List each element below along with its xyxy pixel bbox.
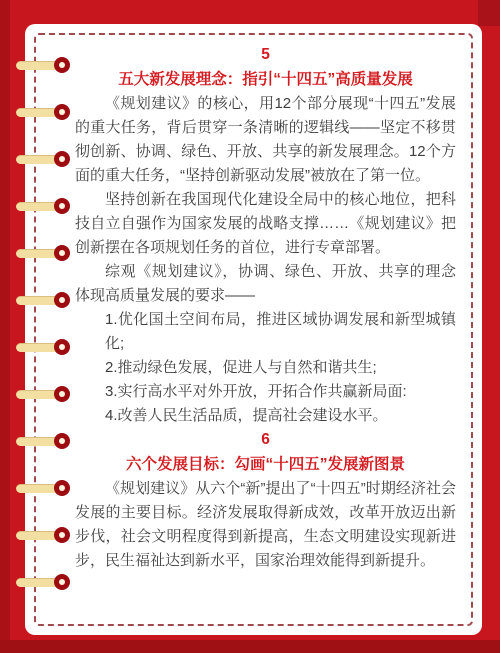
list-item: 1.优化国土空间布局，推进区域协调发展和新型城镇化; bbox=[75, 308, 456, 356]
binder-ring bbox=[0, 103, 80, 121]
ring-hole-icon bbox=[54, 527, 70, 543]
ring-hole-icon bbox=[54, 151, 70, 167]
binder-ring bbox=[0, 197, 80, 215]
list-item: 2.推动绿色发展，促进人与自然和谐共生; bbox=[75, 356, 456, 380]
ring-hole-icon bbox=[54, 104, 70, 120]
binding-rail bbox=[0, 0, 80, 653]
paragraph: 坚持创新在我国现代化建设全局中的核心地位，把科技自立自强作为国家发展的战略支撑…… bbox=[75, 188, 456, 260]
list-item: 4.改善人民生活品质，提高社会建设水平。 bbox=[75, 404, 456, 428]
ring-hole-icon bbox=[54, 480, 70, 496]
frame-corner-shade bbox=[478, 0, 500, 26]
ring-hole-icon bbox=[54, 198, 70, 214]
notebook-page: 5 五大新发展理念：指引“十四五”高质量发展 《规划建议》的核心，用12个部分展… bbox=[25, 24, 482, 635]
binder-ring bbox=[0, 244, 80, 262]
page-content: 5 五大新发展理念：指引“十四五”高质量发展 《规划建议》的核心，用12个部分展… bbox=[75, 43, 456, 573]
binder-ring bbox=[0, 150, 80, 168]
ring-hole-icon bbox=[54, 245, 70, 261]
ring-hole-icon bbox=[54, 339, 70, 355]
ring-hole-icon bbox=[54, 433, 70, 449]
ring-hole-icon bbox=[54, 292, 70, 308]
binder-ring bbox=[0, 573, 80, 591]
paragraph: 《规划建议》从六个“新”提出了“十四五”时期经济社会发展的主要目标。经济发展取得… bbox=[75, 477, 456, 573]
list-item: 3.实行高水平对外开放，开拓合作共赢新局面: bbox=[75, 380, 456, 404]
binder-ring bbox=[0, 56, 80, 74]
section-heading-six-goals: 六个发展目标：勾画“十四五”发展新图景 bbox=[75, 452, 456, 477]
binder-ring bbox=[0, 385, 80, 403]
ring-hole-icon bbox=[54, 386, 70, 402]
paragraph: 《规划建议》的核心，用12个部分展现“十四五”发展的重大任务，背后贯穿一条清晰的… bbox=[75, 92, 456, 188]
section-number-6: 6 bbox=[75, 428, 456, 452]
section-number-5: 5 bbox=[75, 43, 456, 67]
section-heading-five-concepts: 五大新发展理念：指引“十四五”高质量发展 bbox=[75, 67, 456, 92]
binder-ring bbox=[0, 291, 80, 309]
binder-ring bbox=[0, 479, 80, 497]
binder-ring bbox=[0, 338, 80, 356]
paragraph: 综观《规划建议》，协调、绿色、开放、共享的理念体现高质量发展的要求—— bbox=[75, 260, 456, 308]
binder-ring bbox=[0, 526, 80, 544]
ring-hole-icon bbox=[54, 57, 70, 73]
binder-ring bbox=[0, 432, 80, 450]
ring-hole-icon bbox=[54, 574, 70, 590]
